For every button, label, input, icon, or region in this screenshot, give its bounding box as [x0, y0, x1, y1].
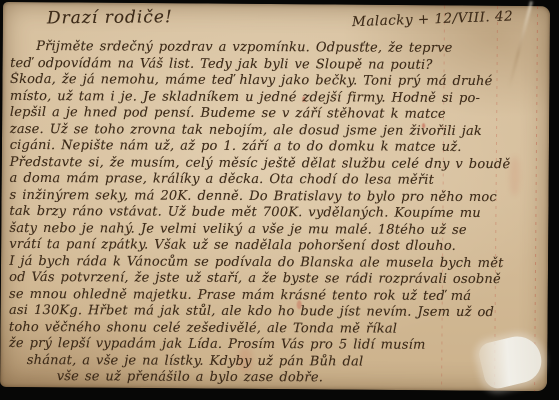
greeting: Drazí rodiče! [47, 7, 173, 28]
handwriting-line: vše se už přenášilo a bylo zase dobře. [9, 369, 545, 388]
dateline: Malacky + 12/VIII. 42 [352, 8, 514, 30]
letter-body: Přijměte srdečný pozdrav a vzpomínku. Od… [9, 39, 547, 388]
postcard: Drazí rodiče! Malacky + 12/VIII. 42 Přij… [0, 2, 550, 391]
scanner-background: Drazí rodiče! Malacky + 12/VIII. 42 Přij… [0, 0, 559, 400]
